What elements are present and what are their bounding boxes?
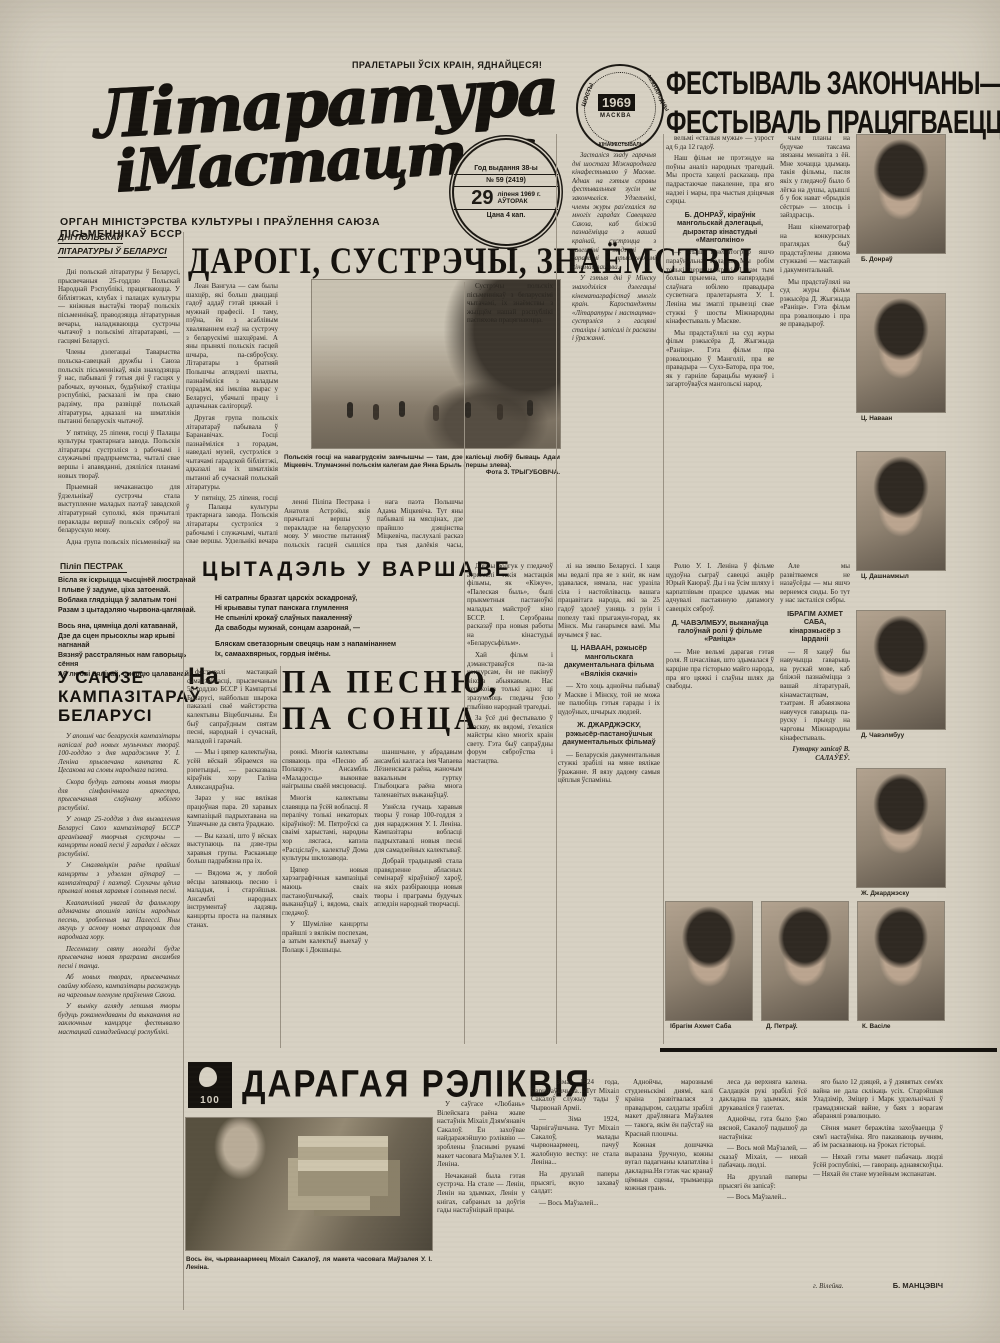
song-article-title: ПА ПЕСНЮ, ПА СОНЦА <box>282 664 500 737</box>
stamp-issue-number: № 59 (2419) <box>454 175 558 187</box>
emblem-city: МАСКВА <box>600 113 632 119</box>
portrait-caption: Д. Петраў. <box>762 1020 848 1030</box>
polish-days-column: Дні польскай літаратуры ў Беларусі, прыс… <box>58 268 180 546</box>
relic-column-5: яго было 12 дзяцей, а ў дзявятых сем'ях … <box>813 1078 943 1278</box>
composers-column: У апошні час беларускія кампазітары напі… <box>58 732 180 1310</box>
stamp-day-number: 29 <box>471 189 493 207</box>
portrait-caption: Д. Чавэлмбуу <box>857 729 945 739</box>
photo-relic-soldier <box>186 1118 432 1250</box>
poem-stanza-right: Ні сатрапны бразгат царскіх эскадронаў,Н… <box>215 594 445 660</box>
portrait-caption: Ц. Наваан <box>857 412 945 422</box>
emblem-text-festival: КІНАФЕСТЫВАЛЬ <box>590 142 652 148</box>
festival-column-g2: лі на зямлю Беларусі. І хаця мы ведалі п… <box>558 562 660 1044</box>
portrait-photo <box>858 902 944 1020</box>
portrait-caption: Б. Донраў <box>857 253 945 263</box>
poem-stanza-left: Вісла як іскрыцца чысцінёй люстранайІ пл… <box>58 576 208 680</box>
portrait-photo <box>857 769 945 887</box>
portrait-photo <box>857 135 945 253</box>
issue-stamp: Год выдання 38-ы № 59 (2419) 29 ліпеня 1… <box>452 138 560 246</box>
portrait-photo <box>857 294 945 412</box>
relic-column-2: — Зіма 1924 года, Чарнігаўшчына... Тут М… <box>531 1078 619 1308</box>
relic-column-4: леса да верхняга калена. Салдацкія рукі … <box>719 1078 807 1308</box>
song-column-c: шаншчыне, у абрадавым ансамблі калгаса і… <box>374 748 462 1048</box>
poem-title: ЦЫТАДЭЛЬ У ВАРШАВЕ <box>202 558 512 582</box>
section-divider-bar <box>660 1048 997 1052</box>
stamp-year-line: Год выдання 38-ы <box>454 163 558 175</box>
festival-bottom-portraits: Ібрагім Ахмет Саба Д. Петраў. К. Васіле <box>666 902 946 1030</box>
column-rule <box>183 232 184 1310</box>
portrait-caption: Ж. Джарджэску <box>857 887 945 897</box>
festival-column-g4: Але мы развітваемся не назаўсёды — мы яш… <box>780 562 850 892</box>
stamp-date: ліпеня 1969 г. <box>498 191 541 198</box>
relic-photo-caption: Вось ён, чырванаармеец Міхаіл Сакалоў, л… <box>186 1256 432 1271</box>
song-column-a: фестывалі мастацкай самадзейнасці, прысв… <box>187 668 277 1048</box>
column-rule <box>556 134 557 1044</box>
portrait-photo <box>666 902 752 1020</box>
festival-portrait: Б. Донраў <box>857 135 945 263</box>
column-rule <box>663 134 664 1044</box>
relic-column-3: Аднойчы, марознымі студзеньскімі днямі, … <box>625 1078 713 1308</box>
rubric-polish-days: ДНІ ПОЛЬСКАЙ ЛІТАРАТУРЫ Ў БЕЛАРУСІ <box>58 232 182 260</box>
festival-portrait-rail: Б. Донраў Ц. Наваан Ц. Дашнамжыл Д. Чавэ… <box>857 135 945 897</box>
column-rule <box>464 282 465 1044</box>
festival-portrait: Д. Чавэлмбуу <box>857 611 945 739</box>
film-festival-emblem-icon: ШОСТЫ МІЖНАРОДНЫ 1969 МАСКВА КІНАФЕСТЫВА… <box>576 64 664 152</box>
main-article-column-b: ленні Піліпа Пестрака і Анатоля Астрэйкі… <box>284 498 370 548</box>
relic-column-1: У саўгасе «Любань» Вілейскага раёна жыве… <box>437 1100 525 1308</box>
portrait-photo <box>857 452 945 570</box>
emblem-year: 1969 <box>598 94 635 111</box>
festival-column-2: чым планы на будучае таксама звязаны мен… <box>780 134 850 554</box>
relic-place: г. Вілейка. <box>813 1282 844 1291</box>
main-article-column-a: Леан Вангула — сам былы шахцёр, які боль… <box>186 282 278 544</box>
stamp-weekday: АЎТОРАК <box>498 198 528 205</box>
festival-intro-column: Засталіся ззаду гарачыя дні шостага Міжн… <box>572 152 656 572</box>
festival-portrait: Ц. Наваан <box>857 294 945 422</box>
portrait-photo <box>762 902 848 1020</box>
portrait-photo <box>857 611 945 729</box>
main-headline: ДАРОГІ, СУСТРЭЧЫ, ЗНАЁМСТВЫ <box>188 240 752 282</box>
portrait-caption: К. Васіле <box>858 1020 944 1030</box>
main-article-column-c: нага паэта Польшчы Адама Міцкевіча. Тут … <box>377 498 463 548</box>
main-article-column-d: Сустрэчы польскіх пісьменнікаў з беларус… <box>467 282 553 554</box>
festival-portrait: К. Васіле <box>858 902 944 1030</box>
festival-column-g1: Добры водгук у гледачоў атрымалі такія м… <box>467 562 553 1044</box>
festival-portrait: Ібрагім Ахмет Саба <box>666 902 752 1030</box>
festival-portrait: Ц. Дашнамжыл <box>857 452 945 580</box>
song-column-b: ронкі. Многія калектывы спяваюць пра «Пе… <box>282 748 368 1048</box>
stamp-price: Цана 4 кап. <box>454 210 558 221</box>
festival-portrait: Ж. Джарджэску <box>857 769 945 897</box>
lenin-profile-icon <box>199 1067 217 1087</box>
portrait-caption: Ібрагім Ахмет Саба <box>666 1020 752 1030</box>
portrait-caption: Ц. Дашнамжыл <box>857 570 945 580</box>
newspaper-page: ПРАЛЕТАРЫІ ЎСІХ КРАІН, ЯДНАЙЦЕСЯ! Літара… <box>0 0 1000 1343</box>
relic-signoff: г. Вілейка. Б. МАНЦЭВІЧ <box>813 1282 943 1302</box>
relic-byline: Б. МАНЦЭВІЧ <box>893 1282 943 1291</box>
festival-portrait: Д. Петраў. <box>762 902 848 1030</box>
poem-author: Піліп ПЕСТРАК <box>60 556 127 574</box>
festival-column-g3: Ролю У. І. Леніна ў фільме цудоўна сыгра… <box>666 562 774 892</box>
composers-title: У САЮЗЕ КАМПАЗІТАРАЎ БЕЛАРУСІ <box>58 668 188 725</box>
festival-headline: ФЕСТЫВАЛЬ ЗАКОНЧАНЫ— ФЕСТЫВАЛЬ ПРАЦЯГВАЕ… <box>666 64 1000 142</box>
lenin-100-badge-icon: 100 <box>188 1062 232 1108</box>
people-silhouettes <box>347 402 353 418</box>
mausoleum-model <box>298 1136 388 1196</box>
column-rule <box>280 666 281 1048</box>
